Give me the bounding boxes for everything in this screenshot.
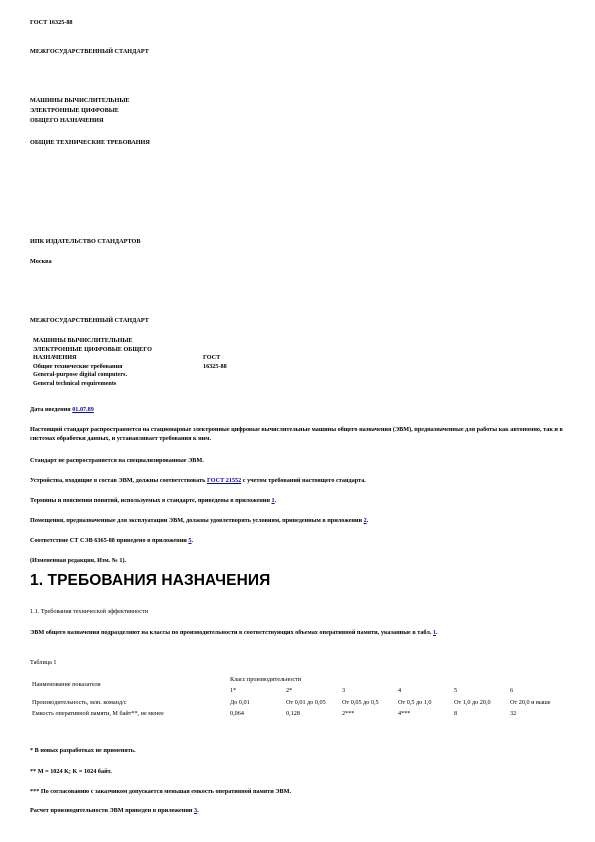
cell: До 0,01: [230, 694, 286, 707]
text: .: [275, 497, 277, 504]
row-name: Производительность, млн. команд/с: [30, 694, 230, 707]
text: Расчет производительности ЭВМ приведен в…: [30, 807, 194, 814]
doc-code: ГОСТ 16325-88: [30, 19, 73, 26]
interstate-label-2: МЕЖГОСУДАРСТВЕННЫЙ СТАНДАРТ: [30, 317, 149, 324]
title-line-en: General technical requirements: [33, 380, 152, 389]
cell: 0,128: [286, 707, 342, 718]
class-header: 5: [454, 684, 510, 695]
intro-date-label: Дата введения: [30, 406, 71, 413]
cell: 8: [454, 707, 510, 718]
cell: От 0,05 до 0,5: [342, 694, 398, 707]
text: .: [191, 537, 193, 544]
section-heading: 1. ТРЕБОВАНИЯ НАЗНАЧЕНИЯ: [30, 572, 270, 590]
row-name: Емкость оперативной памяти, М байт**, не…: [30, 707, 230, 718]
paragraph-terms: Термины и пояснения понятий, используемы…: [30, 496, 570, 505]
col-header-name: Наименование показателя: [30, 676, 230, 694]
cover-title-line: ЭЛЕКТРОННЫЕ ЦИФРОВЫЕ: [30, 106, 130, 116]
cover-title-line: ОБЩЕГО НАЗНАЧЕНИЯ: [30, 116, 130, 126]
cell: От 0,01 до 0,05: [286, 694, 342, 707]
footnote-3: *** По согласованию с заказчиком допуска…: [30, 787, 570, 796]
cell: От 1,0 до 20,0: [454, 694, 510, 707]
gost-21552-link[interactable]: ГОСТ 21552: [207, 477, 241, 484]
gost-block: ГОСТ 16325-88: [203, 354, 227, 371]
footnote-2: ** M = 1024 K; K = 1024 байт.: [30, 767, 570, 776]
text: .: [367, 517, 369, 524]
text: Устройства, входящие в состав ЭВМ, должн…: [30, 477, 207, 484]
performance-table: Наименование показателя Класс производит…: [30, 676, 566, 717]
class-header: 6: [510, 684, 566, 695]
publisher: ИПК ИЗДАТЕЛЬСТВО СТАНДАРТОВ: [30, 238, 140, 245]
cover-subtitle: ОБЩИЕ ТЕХНИЧЕСКИЕ ТРЕБОВАНИЯ: [30, 139, 150, 146]
title-line: ЭЛЕКТРОННЫЕ ЦИФРОВЫЕ ОБЩЕГО: [33, 346, 152, 355]
cell: 4***: [398, 707, 454, 718]
gost-label: ГОСТ: [203, 354, 227, 363]
cover-title: МАШИНЫ ВЫЧИСЛИТЕЛЬНЫЕ ЭЛЕКТРОННЫЕ ЦИФРОВ…: [30, 96, 130, 126]
interstate-label: МЕЖГОСУДАРСТВЕННЫЙ СТАНДАРТ: [30, 48, 149, 55]
class-header: 3: [342, 684, 398, 695]
intro-date: Дата введения 01.07.89: [30, 406, 94, 413]
cell: 0,064: [230, 707, 286, 718]
col-group-header: Класс производительности: [230, 676, 566, 684]
intro-date-link[interactable]: 01.07.89: [72, 406, 94, 413]
text: Соответствие СТ СЭВ 6365-88 приведено в …: [30, 537, 188, 544]
paragraph-sev: Соответствие СТ СЭВ 6365-88 приведено в …: [30, 536, 570, 545]
class-header: 1*: [230, 684, 286, 695]
table-row: Емкость оперативной памяти, М байт**, не…: [30, 707, 566, 718]
cell: От 20,0 и выше: [510, 694, 566, 707]
table-header-row: Наименование показателя Класс производит…: [30, 676, 566, 684]
footnote-1: * В новых разработках не применять.: [30, 746, 570, 755]
paragraph-exclusion: Стандарт не распространяется на специали…: [30, 456, 570, 465]
title-line: МАШИНЫ ВЫЧИСЛИТЕЛЬНЫЕ: [33, 337, 152, 346]
cover-title-line: МАШИНЫ ВЫЧИСЛИТЕЛЬНЫЕ: [30, 96, 130, 106]
class-header: 4: [398, 684, 454, 695]
city: Москва: [30, 258, 52, 265]
table-row: Производительность, млн. команд/с До 0,0…: [30, 694, 566, 707]
text: .: [436, 629, 438, 636]
text: .: [197, 807, 199, 814]
gost-number: 16325-88: [203, 363, 227, 372]
text: Помещения, предназначенные для эксплуата…: [30, 517, 364, 524]
class-header: 2*: [286, 684, 342, 695]
text: с учетом требований настоящего стандарта…: [241, 477, 366, 484]
paragraph-calculation: Расчет производительности ЭВМ приведен в…: [30, 806, 570, 815]
cell: 32: [510, 707, 566, 718]
paragraph-revision: (Измененная редакция, Изм. № 1).: [30, 556, 570, 565]
paragraph-scope: Настоящий стандарт распространяется на с…: [30, 425, 570, 443]
title-line: НАЗНАЧЕНИЯ: [33, 354, 152, 363]
title-block: МАШИНЫ ВЫЧИСЛИТЕЛЬНЫЕ ЭЛЕКТРОННЫЕ ЦИФРОВ…: [33, 337, 152, 389]
title-line-en: General-purpose digital computers.: [33, 371, 152, 380]
text: Термины и пояснения понятий, используемы…: [30, 497, 271, 504]
table-caption: Таблица 1: [30, 658, 570, 667]
subsection-heading: 1.1. Требования технической эффективност…: [30, 607, 570, 616]
title-line-ru: Общие технические требования: [33, 363, 152, 372]
paragraph-devices: Устройства, входящие в состав ЭВМ, должн…: [30, 476, 570, 485]
paragraph-premises: Помещения, предназначенные для эксплуата…: [30, 516, 570, 525]
cell: От 0,5 до 1,0: [398, 694, 454, 707]
cell: 2***: [342, 707, 398, 718]
text: ЭВМ общего назначения подразделяют на кл…: [30, 629, 433, 636]
paragraph-classes: ЭВМ общего назначения подразделяют на кл…: [30, 628, 570, 637]
